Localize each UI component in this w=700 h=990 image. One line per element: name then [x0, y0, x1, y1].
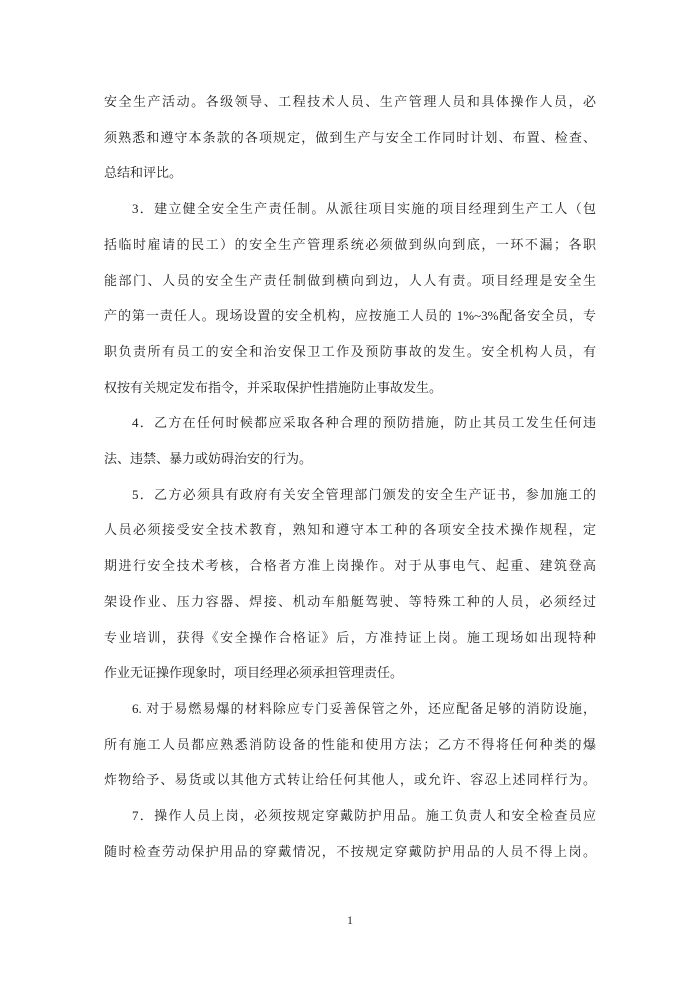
text-line: 法、违禁、暴力或妨碍治安的行为。 [104, 441, 596, 477]
text-line: 5．乙方必须具有政府有关安全管理部门颁发的安全生产证书，参加施工的 [104, 477, 596, 513]
text-line: 架设作业、压力容器、焊接、机动车船艇驾驶、等特殊工种的人员，必须经过 [104, 584, 596, 620]
document-page: 安全生产活动。各级领导、工程技术人员、生产管理人员和具体操作人员，必 须熟悉和遵… [0, 0, 700, 990]
paragraph-item-5: 5．乙方必须具有政府有关安全管理部门颁发的安全生产证书，参加施工的 人员必须接受… [104, 477, 596, 691]
paragraph-item-3: 3．建立健全安全生产责任制。从派往项目实施的项目经理到生产工人（包 括临时雇请的… [104, 191, 596, 405]
text-line: 括临时雇请的民工）的安全生产管理系统必须做到纵向到底，一环不漏；各职 [104, 227, 596, 263]
paragraph-continuation: 安全生产活动。各级领导、工程技术人员、生产管理人员和具体操作人员，必 须熟悉和遵… [104, 84, 596, 191]
text-line: 职负责所有员工的安全和治安保卫工作及预防事故的发生。安全机构人员，有 [104, 334, 596, 370]
text-line: 3．建立健全安全生产责任制。从派往项目实施的项目经理到生产工人（包 [104, 191, 596, 227]
paragraph-item-6: 6. 对于易燃易爆的材料除应专门妥善保管之外，还应配备足够的消防设施， 所有施工… [104, 691, 596, 798]
text-line: 能部门、人员的安全生产责任制做到横向到边，人人有责。项目经理是安全生 [104, 263, 596, 299]
text-line: 须熟悉和遵守本条款的各项规定，做到生产与安全工作同时计划、布置、检查、 [104, 120, 596, 156]
document-body: 安全生产活动。各级领导、工程技术人员、生产管理人员和具体操作人员，必 须熟悉和遵… [104, 84, 596, 869]
text-line: 作业无证操作现象时，项目经理必须承担管理责任。 [104, 655, 596, 691]
text-line: 产的第一责任人。现场设置的安全机构，应按施工人员的 1%~3%配备安全员，专 [104, 298, 596, 334]
text-line: 期进行安全技术考核，合格者方准上岗操作。对于从事电气、起重、建筑登高 [104, 548, 596, 584]
text-line: 安全生产活动。各级领导、工程技术人员、生产管理人员和具体操作人员，必 [104, 84, 596, 120]
paragraph-item-4: 4．乙方在任何时候都应采取各种合理的预防措施，防止其员工发生任何违 法、违禁、暴… [104, 405, 596, 476]
text-line: 6. 对于易燃易爆的材料除应专门妥善保管之外，还应配备足够的消防设施， [104, 691, 596, 727]
text-line: 所有施工人员都应熟悉消防设备的性能和使用方法；乙方不得将任何种类的爆 [104, 727, 596, 763]
paragraph-item-7: 7．操作人员上岗，必须按规定穿戴防护用品。施工负责人和安全检查员应 随时检查劳动… [104, 798, 596, 869]
text-line: 人员必须接受安全技术教育，熟知和遵守本工种的各项安全技术操作规程，定 [104, 512, 596, 548]
text-line: 总结和评比。 [104, 155, 596, 191]
text-line: 权按有关规定发布指令，并采取保护性措施防止事故发生。 [104, 370, 596, 406]
text-line: 专业培训，获得《安全操作合格证》后，方准持证上岗。施工现场如出现特种 [104, 620, 596, 656]
text-line: 炸物给予、易货或以其他方式转让给任何其他人，或允许、容忍上述同样行为。 [104, 762, 596, 798]
text-line: 4．乙方在任何时候都应采取各种合理的预防措施，防止其员工发生任何违 [104, 405, 596, 441]
text-line: 随时检查劳动保护用品的穿戴情况，不按规定穿戴防护用品的人员不得上岗。 [104, 834, 596, 870]
text-line: 7．操作人员上岗，必须按规定穿戴防护用品。施工负责人和安全检查员应 [104, 798, 596, 834]
page-number: 1 [0, 912, 700, 928]
